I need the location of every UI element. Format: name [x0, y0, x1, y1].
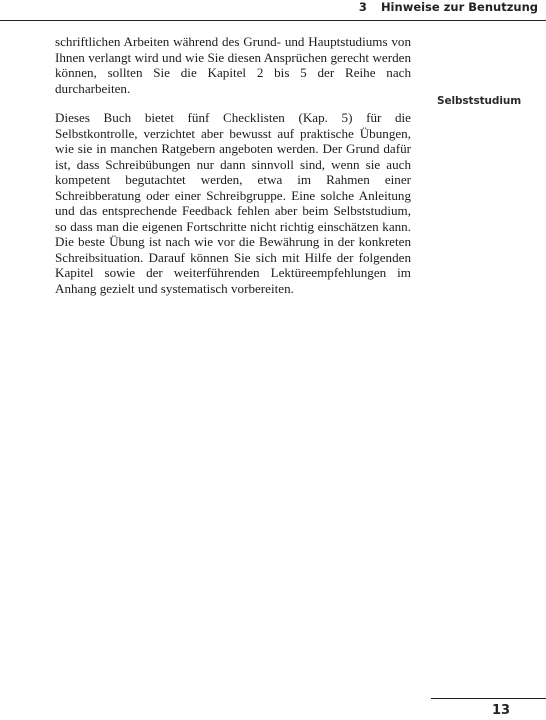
paragraph-1: schriftlichen Arbeiten während des Grund… — [55, 34, 411, 96]
margin-note-selbststudium: Selbststudium — [437, 95, 521, 107]
running-head: 3Hinweise zur Benutzung — [359, 0, 538, 19]
paragraph-2: Dieses Buch bietet fünf Checklisten (Kap… — [55, 110, 411, 296]
body-text: schriftlichen Arbeiten während des Grund… — [55, 34, 411, 296]
header-rule — [0, 20, 546, 21]
chapter-title: Hinweise zur Benutzung — [381, 0, 538, 14]
chapter-number: 3 — [359, 0, 367, 14]
footer-rule — [431, 698, 546, 699]
page-number: 13 — [492, 703, 510, 718]
